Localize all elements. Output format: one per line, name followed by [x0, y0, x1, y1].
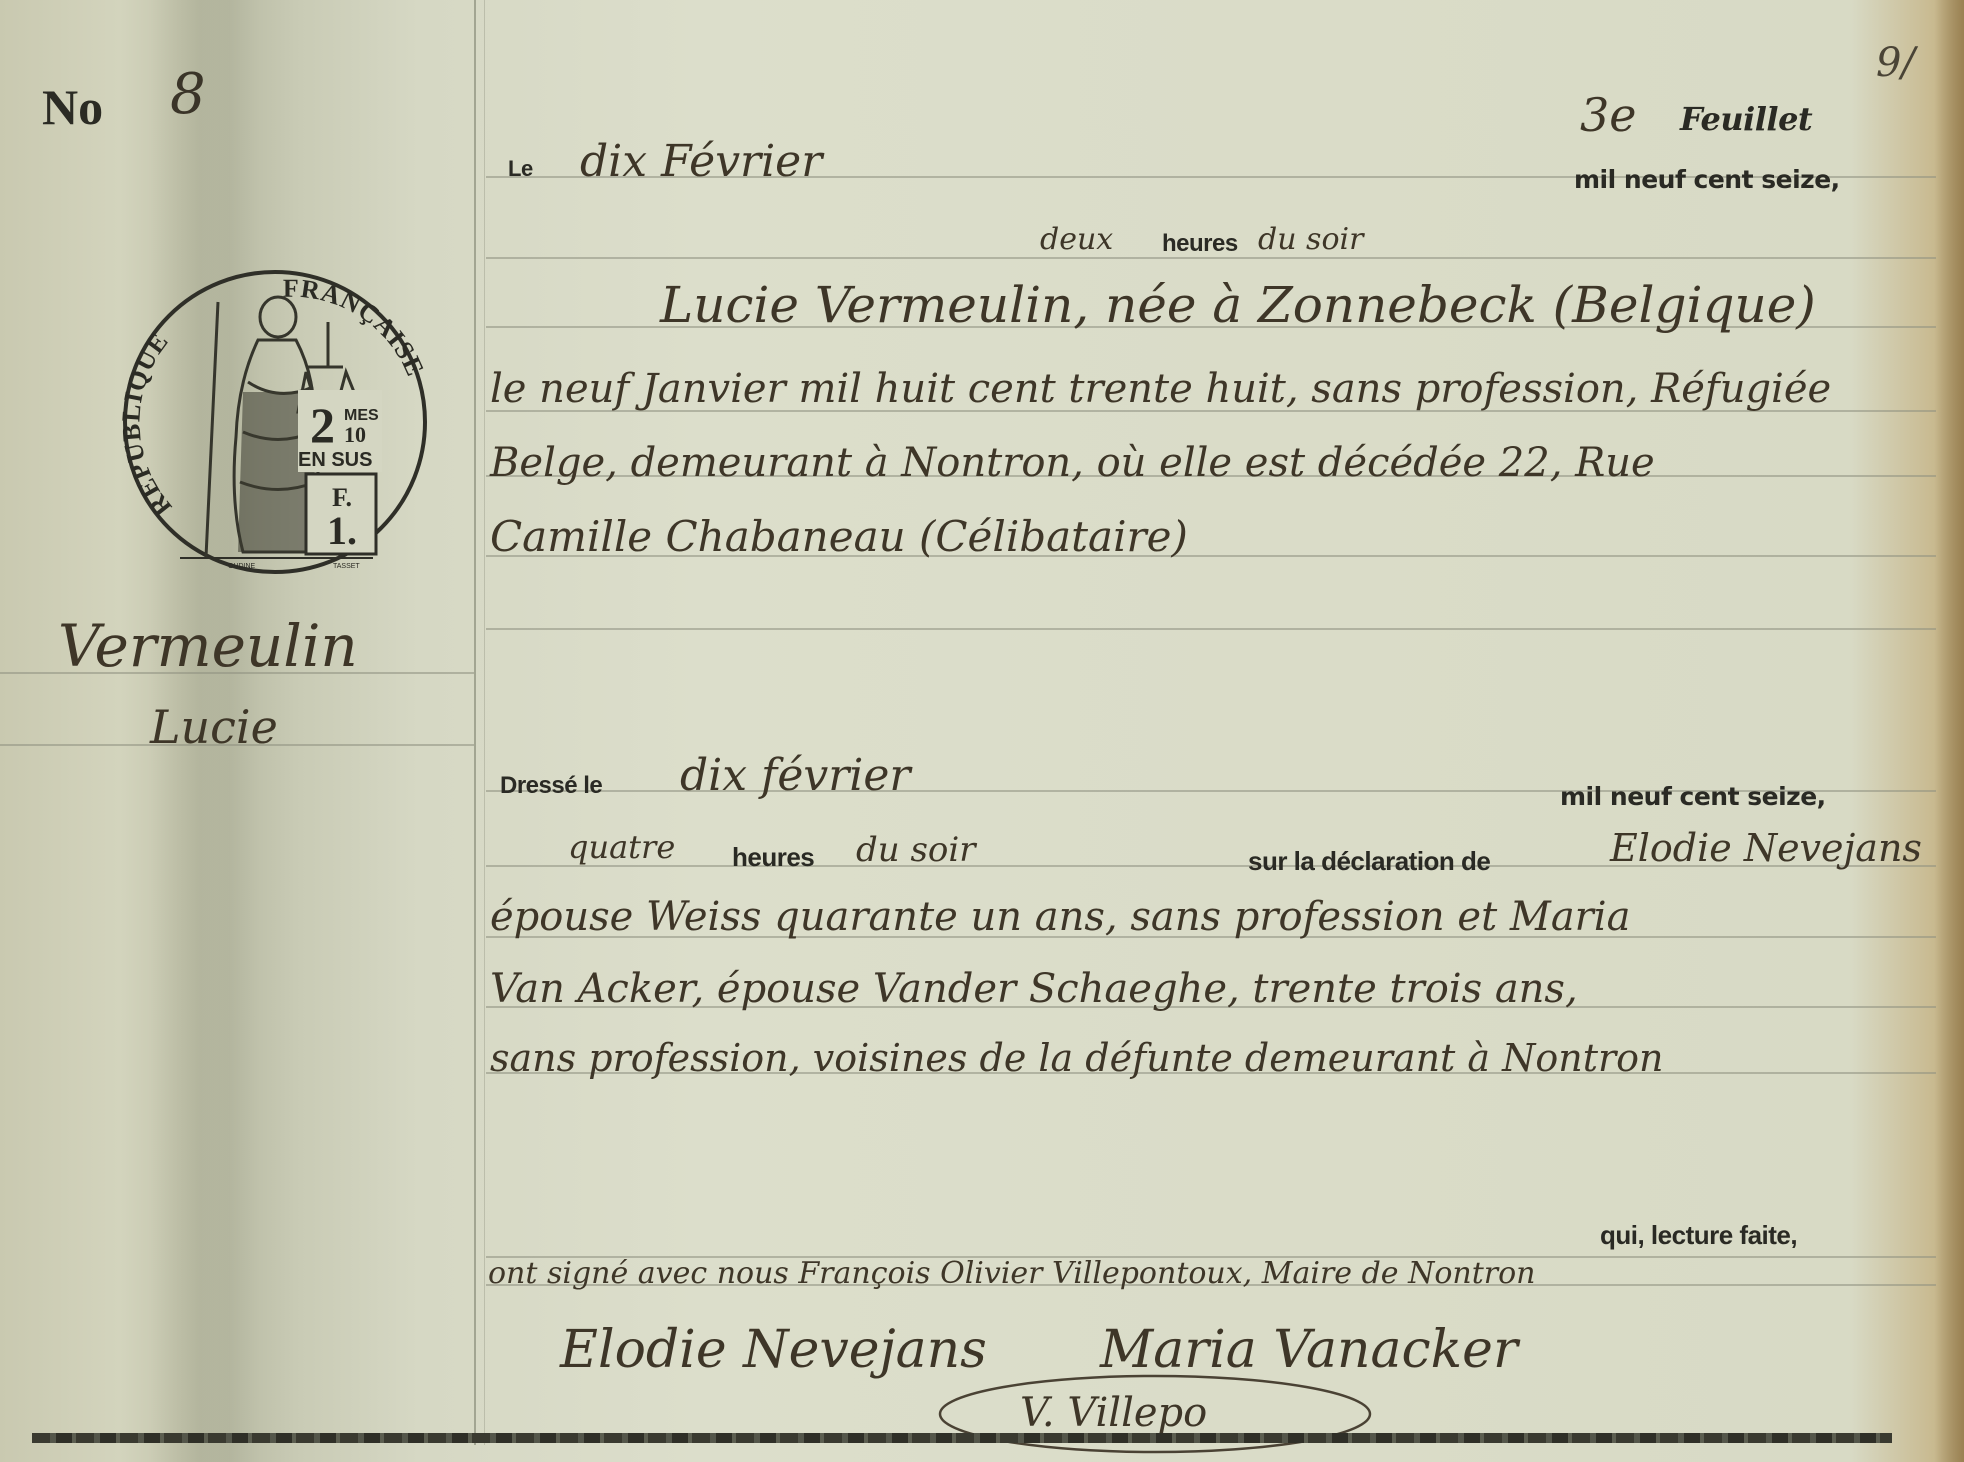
- record-year-printed: mil neuf cent seize,: [1560, 782, 1826, 811]
- svg-text:REPUBLIQUE: REPUBLIQUE: [118, 327, 177, 522]
- signature-declarant-1: Elodie Nevejans: [560, 1320, 987, 1380]
- drawn-label: Dressé le: [500, 772, 602, 800]
- record-number-value: 8: [170, 62, 206, 127]
- death-hour-label: heures: [1162, 230, 1238, 258]
- page-bottom-rule: [32, 1433, 1892, 1443]
- ruled-line: [486, 628, 1936, 630]
- justice-figure-stamp-icon: F. 1. 2 MES 10 EN SUS REPUBLIQUE FRANÇAI…: [118, 262, 428, 582]
- death-date-handwritten: dix Février: [580, 136, 822, 187]
- stamp-surcharge: EN SUS: [298, 449, 372, 471]
- margin-column-divider-inner: [484, 0, 485, 1445]
- death-hour-handwritten: deux: [1040, 222, 1113, 257]
- sheet-ordinal: 3e: [1580, 88, 1637, 142]
- svg-text:FRANÇAISE: FRANÇAISE: [283, 274, 428, 381]
- stamp-fraction-value: 2: [310, 397, 335, 453]
- sheet-label: Feuillet: [1680, 100, 1812, 138]
- death-year-printed: mil neuf cent seize,: [1574, 165, 1840, 194]
- declaration-label: sur la déclaration de: [1248, 846, 1490, 877]
- stamp-amount: 1.: [327, 508, 357, 553]
- page-edge-stain: [1934, 0, 1964, 1462]
- death-line-1: Lucie Vermeulin, née à Zonnebeck (Belgiq…: [660, 276, 1816, 334]
- corner-folio-mark: 9/: [1876, 40, 1915, 86]
- death-line-3: Belge, demeurant à Nontron, où elle est …: [490, 440, 1655, 486]
- death-line-2: le neuf Janvier mil huit cent trente hui…: [490, 366, 1831, 412]
- fiscal-stamp: F. 1. 2 MES 10 EN SUS REPUBLIQUE FRANÇAI…: [118, 262, 428, 582]
- signing-line: ont signé avec nous François Olivier Vil…: [488, 1256, 1535, 1291]
- record-number-label: No: [42, 78, 103, 136]
- record-hour-label: heures: [732, 842, 814, 873]
- stamp-engraver-left: OUDINE: [228, 563, 256, 570]
- drawn-date-handwritten: dix février: [680, 750, 910, 801]
- margin-column-divider: [474, 0, 476, 1445]
- mayor-signature-flourish-icon: [930, 1368, 1380, 1460]
- death-line-4: Camille Chabaneau (Célibataire): [490, 512, 1188, 561]
- stamp-text-right: FRANÇAISE: [283, 274, 428, 381]
- margin-given-name: Lucie: [150, 700, 278, 754]
- record-hour-handwritten: quatre: [568, 828, 675, 866]
- margin-surname: Vermeulin: [58, 612, 358, 680]
- register-page: No 8 3e Feuillet 9/: [0, 0, 1964, 1462]
- stamp-fraction-unit-bottom: 10: [344, 422, 366, 447]
- stamp-text-left: REPUBLIQUE: [118, 327, 177, 522]
- record-line-1: épouse Weiss quarante un ans, sans profe…: [490, 894, 1630, 940]
- death-hour-suffix: du soir: [1258, 222, 1363, 257]
- reading-label: qui, lecture faite,: [1600, 1220, 1797, 1251]
- record-hour-suffix: du soir: [856, 830, 976, 870]
- date-prefix-label: Le: [508, 156, 533, 182]
- record-line-3: sans profession, voisines de la défunte …: [490, 1036, 1664, 1080]
- stamp-engraver-right: TASSET: [333, 563, 360, 570]
- declarant-handwritten: Elodie Nevejans: [1610, 826, 1922, 870]
- record-line-2: Van Acker, épouse Vander Schaeghe, trent…: [490, 966, 1578, 1012]
